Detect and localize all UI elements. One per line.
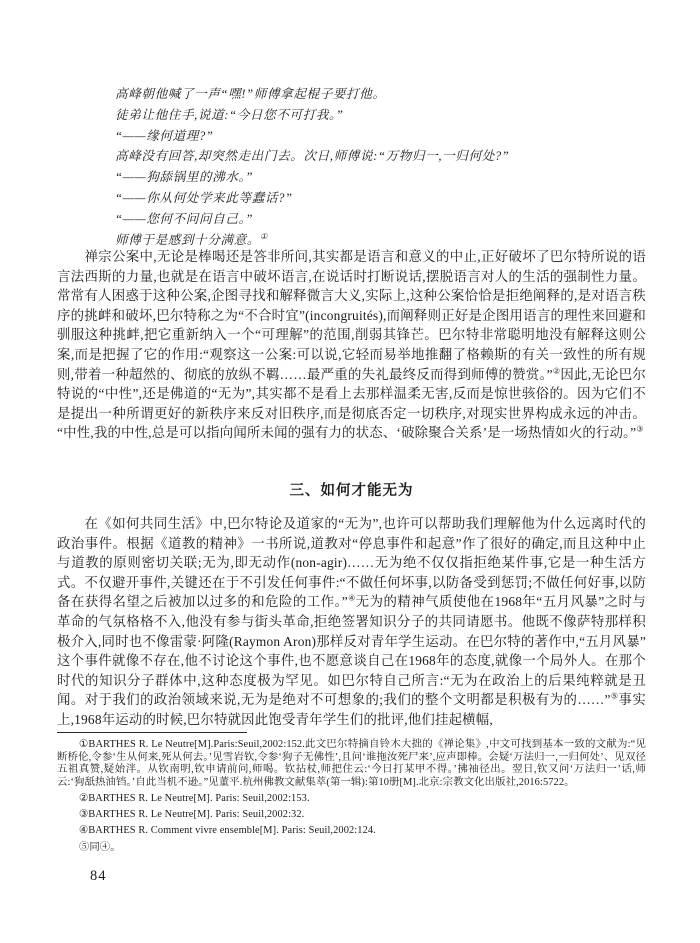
quote-line: 高峰朝他喊了一声“嘿!”师傅拿起棍子要打他。 (115, 84, 646, 105)
page-number: 84 (90, 868, 107, 885)
footnote-ref: ① (260, 231, 268, 240)
footnote-ref: ③ (636, 425, 643, 434)
quote-line: 徒弟让他住手,说道:“今日您不可打我。” (115, 105, 646, 126)
footnote-item: ⑤同④。 (57, 842, 646, 855)
quote-line: “——狗舔锅里的沸水。” (115, 167, 646, 188)
footnote-ref: ⑤ (611, 692, 619, 701)
quote-line: “——您何不问问自己。” (115, 209, 646, 230)
paragraph-text-run: 禅宗公案中,无论是棒喝还是答非所问,其实都是语言和意义的中止,正好破坏了巴尔特所… (57, 249, 646, 382)
paragraph-koan-analysis: 禅宗公案中,无论是棒喝还是答非所问,其实都是语言和意义的中止,正好破坏了巴尔特所… (57, 247, 646, 443)
footnote-item: ②BARTHES R. Le Neutre[M]. Paris: Seuil,2… (57, 793, 646, 806)
document-page: 高峰朝他喊了一声“嘿!”师傅拿起棍子要打他。徒弟让他住手,说道:“今日您不可打我… (0, 0, 700, 943)
footnote-item: ③BARTHES R. Le Neutre[M]. Paris: Seuil,2… (57, 809, 646, 822)
footnote-item: ①BARTHES R. Le Neutre[M].Paris:Seuil,200… (57, 739, 646, 789)
footnote-item: ④BARTHES R. Comment vivre ensemble[M]. P… (57, 825, 646, 838)
quote-line: “——你从何处学来此等蠢话?” (115, 188, 646, 209)
paragraph-text-run: 无为的精神气质使他在1968年“五月风暴”之时与革命的气氛格格不入,他没有参与街… (57, 594, 646, 707)
paragraph-wuwei: 在《如何共同生活》中,巴尔特论及道家的“无为”,也许可以帮助我们理解他为什么远离… (57, 514, 646, 730)
quote-line: “——缘何道理?” (115, 126, 646, 147)
footnote-ref: ④ (348, 594, 356, 603)
zen-koan-blockquote: 高峰朝他喊了一声“嘿!”师傅拿起棍子要打他。徒弟让他住手,说道:“今日您不可打我… (115, 84, 646, 250)
quote-line: 高峰没有回答,却突然走出门去。次日,师傅说:“万物归一,一归何处?” (115, 146, 646, 167)
footnotes-section: ①BARTHES R. Le Neutre[M].Paris:Seuil,200… (57, 739, 646, 858)
section-heading: 三、如何才能无为 (57, 479, 646, 500)
footnote-separator (57, 732, 247, 733)
